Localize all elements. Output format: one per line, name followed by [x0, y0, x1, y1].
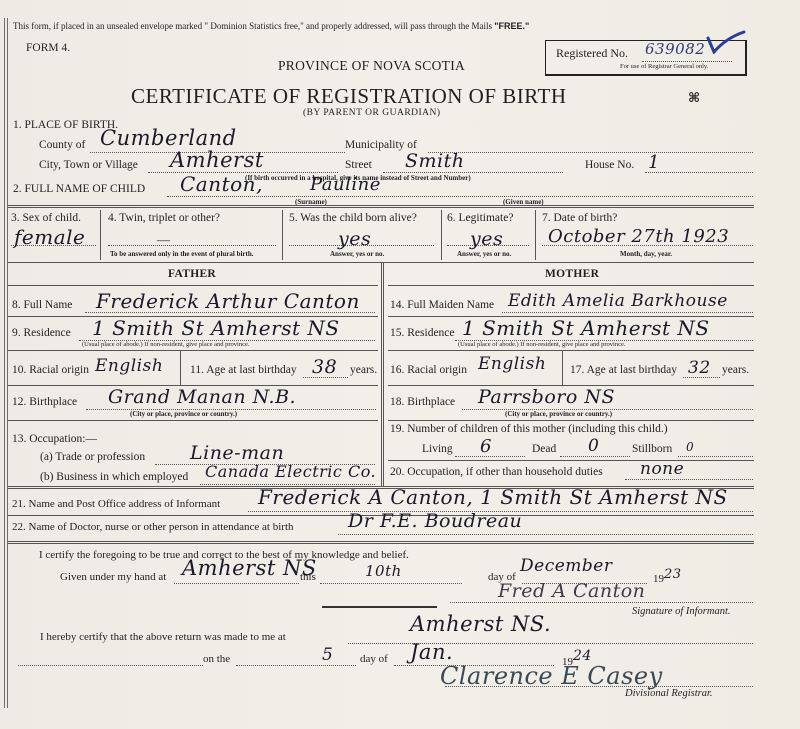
dead-label: Dead: [532, 443, 556, 455]
col-divider: [535, 210, 536, 260]
municipality-line: [428, 152, 753, 153]
father-heading: FATHER: [168, 268, 216, 280]
father-business-label: (b) Business in which employed: [40, 471, 188, 483]
dob-note: Month, day, year.: [620, 250, 672, 258]
row-line: [388, 420, 754, 421]
child-name-label: 2. FULL NAME OF CHILD: [13, 183, 145, 195]
row-line: [388, 285, 754, 286]
given-year-label: 1923: [653, 571, 682, 586]
father-racial-label: 10. Racial origin: [12, 364, 89, 376]
house-no-label: House No.: [585, 159, 634, 171]
mother-residence-note: (Usual place of abode.) If non-resident,…: [458, 341, 626, 348]
registrar-blank-line: [18, 665, 203, 666]
registrar-month-value: Jan.: [410, 640, 453, 664]
mother-age-label: 17. Age at last birthday: [570, 364, 677, 376]
given-year-prefix: 19: [653, 573, 664, 585]
given-day-value: 10th: [365, 562, 402, 580]
row-line: [388, 350, 754, 351]
registered-no-line: [642, 61, 732, 62]
col-divider: [180, 350, 181, 385]
house-no-value: 1: [648, 152, 660, 173]
given-place-value: Amherst NS: [182, 556, 317, 580]
father-occupation-label: 13. Occupation:—: [12, 433, 97, 445]
registrar-place-value: Amherst NS.: [410, 612, 551, 636]
registrar-day-of-label: day of: [360, 653, 388, 665]
child-surname: Canton,: [180, 172, 263, 196]
father-age-value: 38: [312, 356, 337, 378]
doctor-value: Dr F.E. Boudreau: [348, 510, 522, 532]
mother-birthplace-value: Parrsboro NS: [478, 386, 615, 408]
checkmark-icon: [706, 30, 746, 54]
given-month-value: December: [520, 556, 612, 576]
dead-value: 0: [588, 436, 599, 456]
informant-signature-line: [450, 602, 753, 603]
mother-occupation-label: 20. Occupation, if other than household …: [390, 466, 603, 478]
registrar-day-line: [236, 665, 356, 666]
col-divider: [441, 210, 442, 260]
birth-certificate-page: This form, if placed in an unsealed enve…: [0, 0, 800, 729]
mother-children-label: 19. Number of children of this mother (i…: [390, 423, 668, 435]
registrar-day-value: 5: [322, 645, 333, 665]
registered-no-label: Registered No.: [556, 46, 628, 61]
divider-line: [8, 541, 754, 544]
given-place-line: [174, 583, 299, 584]
father-business-value: Canada Electric Co.: [205, 462, 376, 481]
legitimate-value: yes: [470, 228, 503, 250]
col-divider: [282, 210, 283, 260]
legitimate-label: 6. Legitimate?: [447, 212, 513, 224]
certificate-title: CERTIFICATE OF REGISTRATION OF BIRTH: [131, 84, 567, 109]
doctor-line: [338, 534, 753, 535]
mail-notice: This form, if placed in an unsealed enve…: [13, 21, 529, 31]
mother-occupation-line: [625, 479, 753, 480]
father-residence-note: (Usual place of abode.) If non-resident,…: [82, 341, 250, 348]
living-value: 6: [480, 436, 492, 457]
street-label: Street: [345, 159, 372, 171]
mother-name-value: Edith Amelia Barkhouse: [508, 291, 728, 311]
registrar-statement: I hereby certify that the above return w…: [40, 631, 286, 643]
father-name-label: 8. Full Name: [12, 299, 72, 311]
father-age-label: 11. Age at last birthday: [190, 364, 297, 376]
on-the-label: on the: [203, 653, 230, 665]
row-line: [8, 350, 378, 351]
father-racial-value: English: [95, 356, 163, 376]
col-divider: [100, 210, 101, 260]
given-under-hand-label: Given under my hand at: [60, 571, 166, 583]
mother-name-line: [502, 312, 753, 313]
registrar-only-note: For use of Registrar General only.: [620, 63, 708, 70]
given-day-line: [320, 583, 462, 584]
mother-racial-label: 16. Racial origin: [390, 364, 467, 376]
certificate-subtitle: (BY PARENT OR GUARDIAN): [303, 108, 441, 118]
father-birthplace-value: Grand Manan N.B.: [108, 386, 296, 408]
province-heading: PROVINCE OF NOVA SCOTIA: [278, 58, 465, 74]
mother-residence-value: 1 Smith St Amherst NS: [462, 316, 710, 340]
father-residence-value: 1 Smith St Amherst NS: [92, 316, 340, 340]
mother-racial-value: English: [478, 354, 546, 374]
this-label: this: [300, 571, 316, 583]
doctor-label: 22. Name of Doctor, nurse or other perso…: [12, 521, 294, 533]
house-no-line: [645, 172, 753, 173]
father-trade-label: (a) Trade or profession: [40, 451, 145, 463]
mother-years-label: years.: [722, 364, 749, 376]
union-label-icon: ⌘: [688, 90, 700, 106]
divider-line: [8, 205, 754, 208]
sex-label: 3. Sex of child.: [11, 212, 81, 224]
mother-birthplace-note: (City or place, province or country.): [505, 410, 612, 418]
twin-line: [108, 245, 276, 246]
col-divider: [562, 350, 563, 385]
dob-value: October 27th 1923: [548, 226, 729, 247]
mail-notice-text: This form, if placed in an unsealed enve…: [13, 21, 492, 31]
born-alive-note: Answer, yes or no.: [330, 250, 384, 258]
street-line: [383, 172, 563, 173]
twin-note: To be answered only in the event of plur…: [110, 250, 254, 258]
row-line: [388, 460, 754, 461]
informant-signature: Fred A Canton: [498, 580, 645, 602]
twin-label: 4. Twin, triplet or other?: [108, 212, 220, 224]
mother-name-label: 14. Full Maiden Name: [390, 299, 494, 311]
registrar-title: Divisional Registrar.: [625, 688, 713, 699]
mother-heading: MOTHER: [545, 268, 599, 280]
sex-value: female: [14, 225, 85, 249]
born-alive-value: yes: [338, 228, 371, 250]
mother-age-value: 32: [688, 358, 711, 378]
registrar-place-line: [348, 643, 753, 644]
living-label: Living: [422, 443, 453, 455]
twin-value: —: [157, 232, 170, 248]
city-value: Amherst: [170, 148, 264, 172]
informant-value: Frederick A Canton, 1 Smith St Amherst N…: [258, 485, 728, 509]
left-border-rule: [4, 18, 8, 708]
mother-birthplace-label: 18. Birthplace: [390, 396, 455, 408]
dob-label: 7. Date of birth?: [542, 212, 617, 224]
child-name-line: [167, 196, 753, 197]
father-years-label: years.: [350, 364, 377, 376]
father-trade-value: Line-man: [190, 442, 284, 464]
stillborn-label: Stillborn: [632, 443, 672, 455]
informant-label: 21. Name and Post Office address of Info…: [12, 498, 220, 510]
informant-signature-label: Signature of Informant.: [632, 606, 730, 617]
registrar-signature-line: [445, 686, 753, 687]
child-given-name: Pauline: [310, 174, 381, 195]
row-line: [8, 420, 378, 421]
father-birthplace-label: 12. Birthplace: [12, 396, 77, 408]
city-label: City, Town or Village: [39, 159, 138, 171]
stillborn-line: [678, 456, 753, 457]
father-name-value: Frederick Arthur Canton: [96, 289, 360, 313]
row-line: [8, 285, 378, 286]
mother-residence-label: 15. Residence: [390, 327, 455, 339]
county-label: County of: [39, 139, 85, 151]
legitimate-note: Answer, yes or no.: [457, 250, 511, 258]
form-number: FORM 4.: [26, 42, 70, 54]
father-residence-label: 9. Residence: [12, 327, 71, 339]
stillborn-value: 0: [686, 440, 694, 454]
short-rule: [322, 606, 437, 608]
registered-no-value: 639082: [645, 40, 705, 58]
given-year-value: 23: [664, 567, 682, 582]
dead-line: [560, 456, 630, 457]
mail-free-label: "FREE.": [494, 21, 529, 31]
county-value: Cumberland: [100, 126, 237, 150]
mother-occupation-value: none: [640, 459, 684, 479]
parents-divider: [381, 262, 384, 487]
street-value: Smith: [405, 150, 464, 172]
father-birthplace-note: (City or place, province or country.): [130, 410, 237, 418]
born-alive-label: 5. Was the child born alive?: [289, 212, 417, 224]
